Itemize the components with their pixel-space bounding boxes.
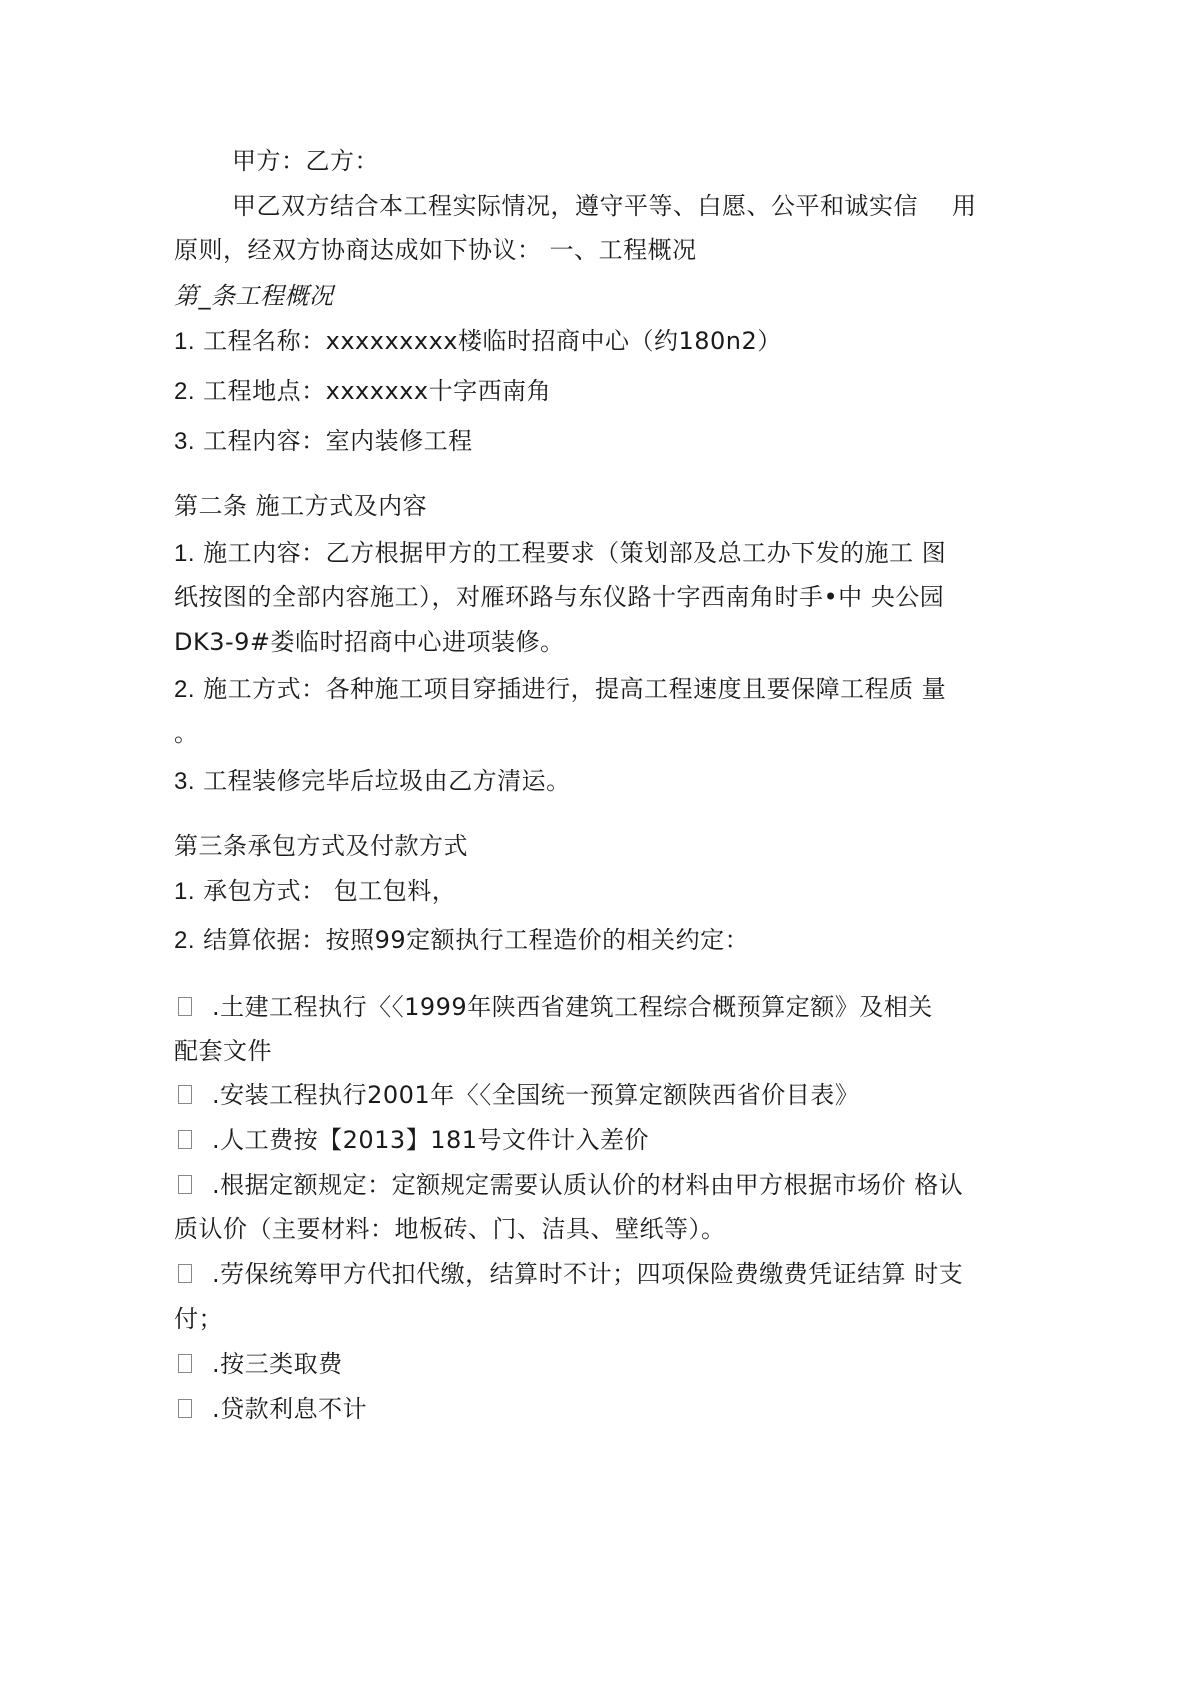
item-text: 工程名称：xxxxxxxxx楼临时招商中心（约180n2） bbox=[195, 327, 782, 355]
checkbox-glyph-icon bbox=[178, 1085, 192, 1104]
article-3-item-2: 2. 结算依据：按照99定额执行工程造价的相关约定： bbox=[174, 925, 749, 956]
checkbox-glyph-icon bbox=[178, 1175, 192, 1194]
article-1-item-1: 1. 工程名称：xxxxxxxxx楼临时招商中心（约180n2） bbox=[174, 326, 782, 357]
bullet-1-line-2: 配套文件 bbox=[174, 1036, 272, 1066]
bullet-5-line-1: .劳保统筹甲方代扣代缴，结算时不计；四项保险费缴费凭证结算 时支 bbox=[174, 1259, 963, 1289]
item-number: 3. bbox=[174, 428, 195, 455]
article-3-heading: 第三条承包方式及付款方式 bbox=[174, 831, 468, 861]
item-text: 结算依据：按照99定额执行工程造价的相关约定： bbox=[195, 926, 749, 954]
item-number: 1. bbox=[174, 540, 195, 567]
item-number: 2. bbox=[174, 927, 195, 954]
bullet-text: .劳保统筹甲方代扣代缴，结算时不计；四项保险费缴费凭证结算 时支 bbox=[212, 1260, 963, 1288]
checkbox-glyph-icon bbox=[178, 997, 192, 1016]
document-page: 甲方：乙方： 甲乙双方结合本工程实际情况，遵守平等、白愿、公平和诚实信用 原则，… bbox=[0, 0, 1194, 1691]
bullet-text: .根据定额规定：定额规定需要认质认价的材料由甲方根据市场价 格认 bbox=[212, 1171, 963, 1199]
article-2-item-2-line-1: 2. 施工方式：各种施工项目穿插进行，提高工程速度且要保障工程质 量 bbox=[174, 674, 946, 705]
article-1-item-3: 3. 工程内容：室内装修工程 bbox=[174, 426, 473, 457]
item-text: 工程内容：室内装修工程 bbox=[195, 427, 473, 455]
intro-text: 甲乙双方结合本工程实际情况，遵守平等、白愿、公平和诚实信 bbox=[232, 192, 918, 220]
bullet-6: .按三类取费 bbox=[174, 1349, 343, 1379]
bullet-text: .人工费按【2013】181号文件计入差价 bbox=[212, 1126, 649, 1154]
item-number: 1. bbox=[174, 878, 195, 905]
bullet-4-line-1: .根据定额规定：定额规定需要认质认价的材料由甲方根据市场价 格认 bbox=[174, 1170, 963, 1200]
article-1-heading: 第_条工程概况 bbox=[174, 281, 334, 311]
parties-line: 甲方：乙方： bbox=[232, 146, 379, 176]
checkbox-glyph-icon bbox=[178, 1130, 192, 1149]
bullet-3: .人工费按【2013】181号文件计入差价 bbox=[174, 1125, 649, 1155]
item-text: 工程装修完毕后垃圾由乙方清运。 bbox=[195, 767, 571, 795]
item-number: 2. bbox=[174, 378, 195, 405]
bullet-text: .安装工程执行2001年〈〈全国统一预算定额陕西省价目表》 bbox=[212, 1081, 859, 1109]
article-2-item-1-line-3: DK3-9#娄临时招商中心进项装修。 bbox=[174, 627, 565, 657]
checkbox-glyph-icon bbox=[178, 1399, 192, 1418]
item-number: 2. bbox=[174, 676, 195, 703]
bullet-4-line-2: 质认价（主要材料：地板砖、门、洁具、壁纸等）。 bbox=[174, 1214, 726, 1244]
bullet-text: .按三类取费 bbox=[212, 1350, 343, 1378]
checkbox-glyph-icon bbox=[178, 1354, 192, 1373]
article-2-item-1-line-2: 纸按图的全部内容施工），对雁环路与东仪路十字西南角时手•中 央公园 bbox=[174, 582, 944, 612]
item-text: 施工内容：乙方根据甲方的工程要求（策划部及总工办下发的施工 图 bbox=[195, 539, 946, 567]
item-text: 施工方式：各种施工项目穿插进行，提高工程速度且要保障工程质 量 bbox=[195, 675, 946, 703]
intro-paragraph-line-2: 原则，经双方协商达成如下协议： 一、工程概况 bbox=[174, 235, 697, 265]
bullet-text: .贷款利息不计 bbox=[212, 1395, 367, 1423]
intro-text-tail: 用 bbox=[952, 192, 977, 220]
bullet-7: .贷款利息不计 bbox=[174, 1394, 367, 1424]
article-1-item-2: 2. 工程地点：xxxxxxx十字西南角 bbox=[174, 376, 551, 407]
item-number: 1. bbox=[174, 328, 195, 355]
article-2-item-1-line-1: 1. 施工内容：乙方根据甲方的工程要求（策划部及总工办下发的施工 图 bbox=[174, 538, 946, 569]
bullet-text: .土建工程执行〈〈1999年陕西省建筑工程综合概预算定额》及相关 bbox=[212, 993, 933, 1021]
intro-paragraph-line-1: 甲乙双方结合本工程实际情况，遵守平等、白愿、公平和诚实信用 bbox=[232, 191, 977, 221]
item-text: 承包方式： 包工包料， bbox=[195, 877, 456, 905]
bullet-2: .安装工程执行2001年〈〈全国统一预算定额陕西省价目表》 bbox=[174, 1080, 859, 1110]
checkbox-glyph-icon bbox=[178, 1264, 192, 1283]
article-2-heading: 第二条 施工方式及内容 bbox=[174, 491, 427, 521]
article-2-item-2-line-2: 。 bbox=[174, 718, 199, 748]
item-number: 3. bbox=[174, 768, 195, 795]
article-3-item-1: 1. 承包方式： 包工包料， bbox=[174, 876, 456, 907]
item-text: 工程地点：xxxxxxx十字西南角 bbox=[195, 377, 551, 405]
bullet-5-line-2: 付； bbox=[174, 1304, 223, 1334]
article-2-item-3: 3. 工程装修完毕后垃圾由乙方清运。 bbox=[174, 766, 571, 797]
bullet-1-line-1: .土建工程执行〈〈1999年陕西省建筑工程综合概预算定额》及相关 bbox=[174, 992, 933, 1022]
